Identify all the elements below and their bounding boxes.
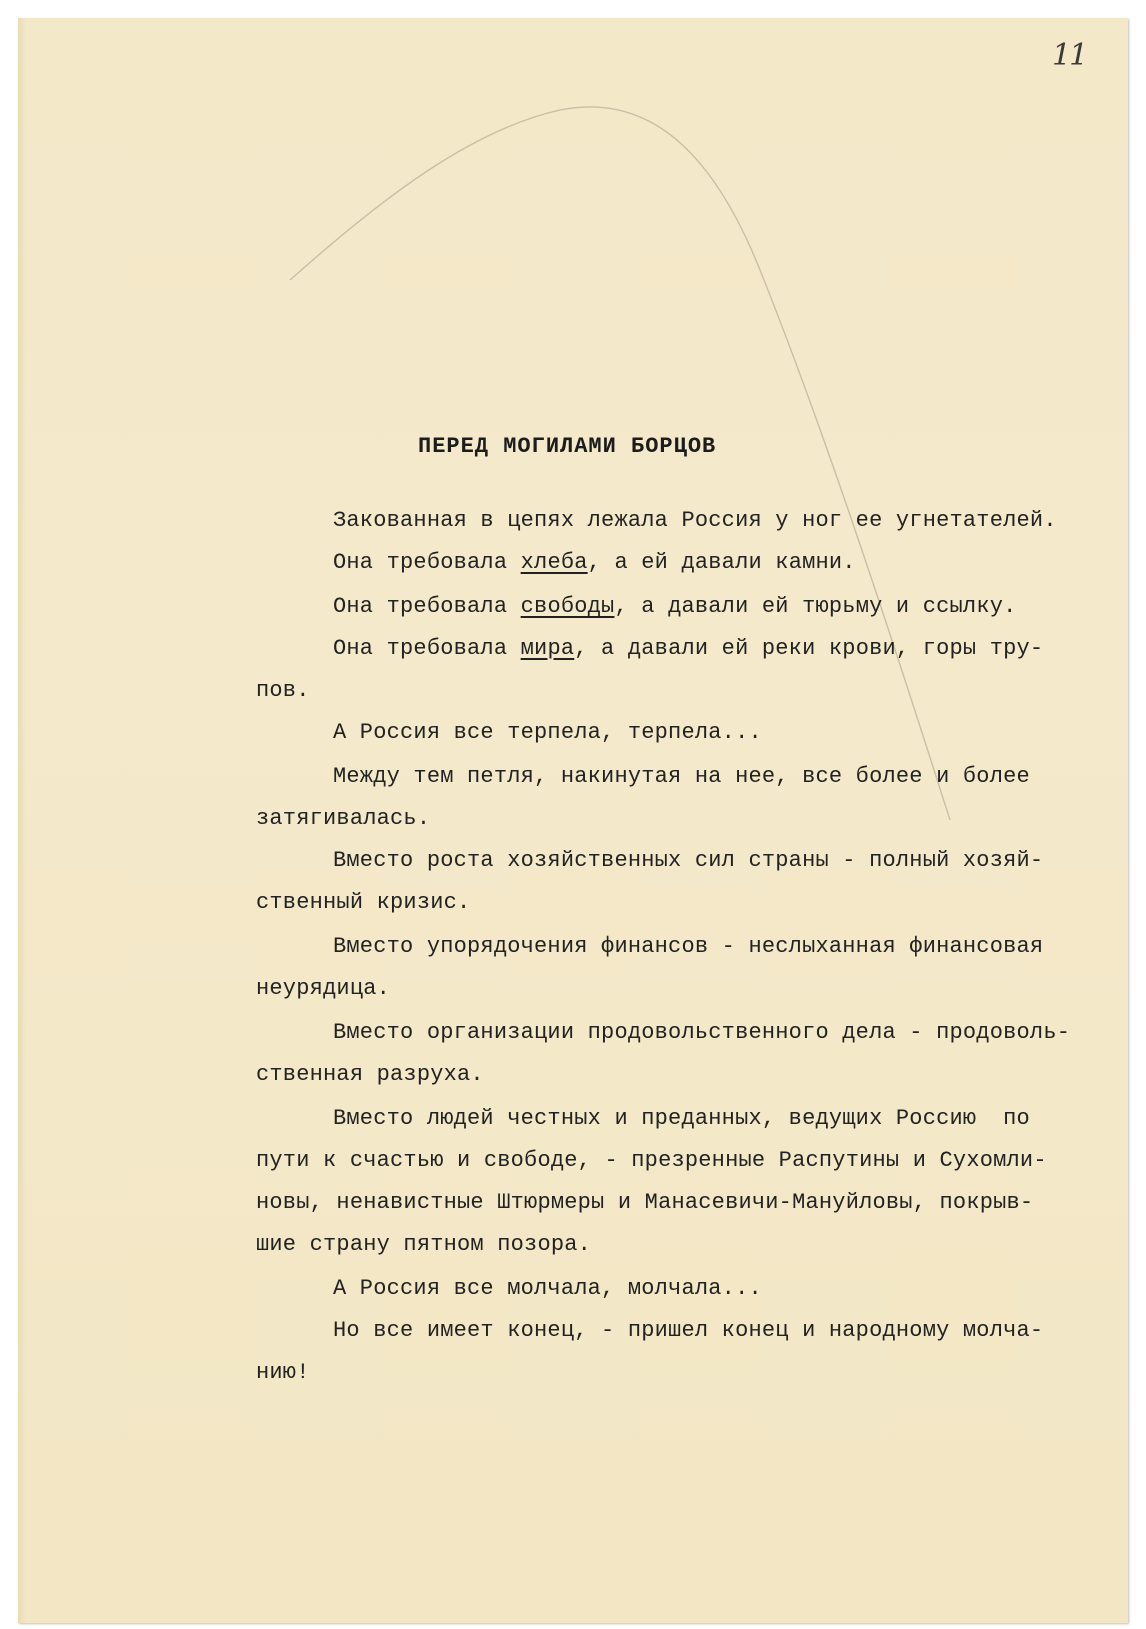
line-text: Она требовала: [333, 550, 521, 575]
text-line: Но все имеет конец, - пришел конец и нар…: [333, 1318, 1043, 1343]
text-line: новы, ненавистные Штюрмеры и Манасевичи-…: [256, 1190, 1033, 1215]
underlined-word: хлеба: [521, 550, 588, 575]
text-line: нию!: [256, 1360, 310, 1385]
text-line: Она требовала мира, а давали ей реки кро…: [333, 636, 1043, 661]
line-text: Она требовала: [333, 594, 521, 619]
text-line: Она требовала хлеба, а ей давали камни.: [333, 550, 856, 575]
line-text: Она требовала: [333, 636, 521, 661]
text-line: пути к счастью и свободе, - презренные Р…: [256, 1148, 1047, 1173]
text-line: Вместо организации продовольственного де…: [333, 1020, 1070, 1045]
text-line: Вместо роста хозяйственных сил страны - …: [333, 848, 1043, 873]
text-line: ственный кризис.: [256, 890, 470, 915]
text-line: А Россия все терпела, терпела...: [333, 720, 762, 745]
text-line: А Россия все молчала, молчала...: [333, 1276, 762, 1301]
page-number: 11: [1052, 38, 1086, 73]
text-line: неурядица.: [256, 976, 390, 1001]
document-title: ПЕРЕД МОГИЛАМИ БОРЦОВ: [418, 434, 716, 459]
page-edge-shadow: [18, 18, 26, 1623]
text-line: пов.: [256, 678, 310, 703]
text-line: Вместо людей честных и преданных, ведущи…: [333, 1106, 1030, 1131]
text-line: Она требовала свободы, а давали ей тюрьм…: [333, 594, 1017, 619]
line-text: , а ей давали камни.: [588, 550, 856, 575]
document-page: [18, 18, 1128, 1623]
line-text: , а давали ей реки крови, горы тру-: [574, 636, 1043, 661]
text-line: Закованная в цепях лежала Россия у ног е…: [333, 508, 1057, 533]
underlined-word: мира: [521, 636, 575, 661]
line-text: , а давали ей тюрьму и ссылку.: [614, 594, 1016, 619]
text-line: ственная разруха.: [256, 1062, 484, 1087]
text-line: шие страну пятном позора.: [256, 1232, 591, 1257]
text-line: Между тем петля, накинутая на нее, все б…: [333, 764, 1030, 789]
underlined-word: свободы: [521, 594, 615, 619]
text-line: Вместо упорядочения финансов - неслыханн…: [333, 934, 1043, 959]
text-line: затягивалась.: [256, 806, 430, 831]
